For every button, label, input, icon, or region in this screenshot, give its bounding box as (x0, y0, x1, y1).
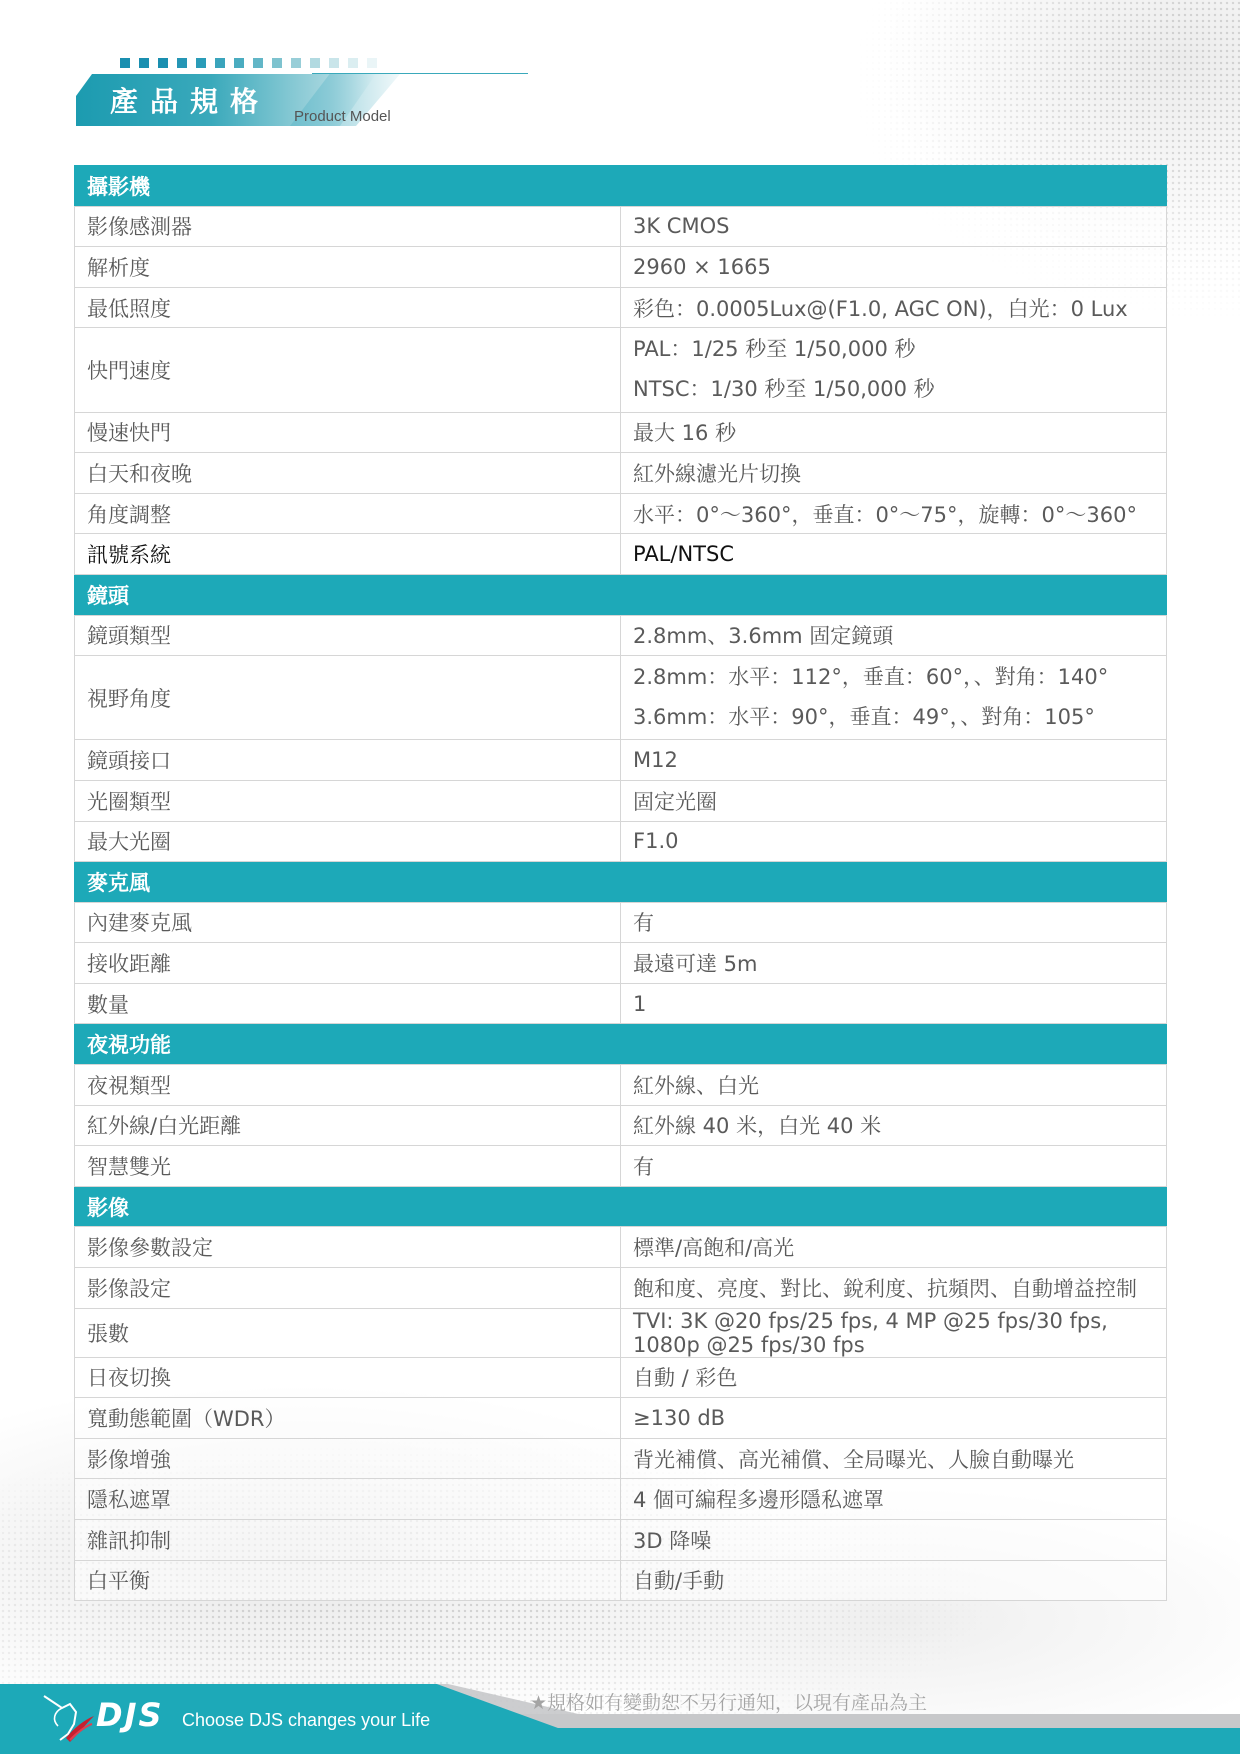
spec-row: 白平衡自動/手動 (75, 1560, 1167, 1601)
spec-row: 影像設定飽和度、亮度、對比、銳利度、抗頻閃、自動增益控制 (75, 1268, 1167, 1309)
spec-value: 紅外線、白光 (621, 1065, 1167, 1106)
decorative-square (215, 58, 225, 68)
decorative-square (291, 58, 301, 68)
spec-label: 白天和夜晚 (75, 453, 621, 494)
spec-label: 寬動態範圍（WDR） (75, 1398, 621, 1439)
decorative-square (234, 58, 244, 68)
spec-label: 隱私遮罩 (75, 1479, 621, 1520)
spec-label: 影像增強 (75, 1438, 621, 1479)
spec-row: 影像增強背光補償、高光補償、全局曝光、人臉自動曝光 (75, 1438, 1167, 1479)
spec-label: 鏡頭類型 (75, 615, 621, 656)
spec-value: 有 (621, 1146, 1167, 1187)
section-header-row: 攝影機 (75, 166, 1167, 207)
spec-row: 內建麥克風有 (75, 902, 1167, 943)
unicorn-icon (40, 1694, 96, 1744)
decorative-square (120, 58, 130, 68)
spec-label: 快門速度 (75, 328, 621, 412)
spec-value: 標準/高飽和/高光 (621, 1227, 1167, 1268)
spec-value-line: 3.6mm：水平：90°，垂直：49°，、對角：105° (633, 698, 1154, 738)
spec-row: 影像參數設定標準/高飽和/高光 (75, 1227, 1167, 1268)
decorative-square (272, 58, 282, 68)
spec-row: 張數TVI: 3K @20 fps/25 fps, 4 MP @25 fps/3… (75, 1308, 1167, 1357)
page-title: 產品規格 (110, 80, 270, 120)
spec-row: 最大光圈F1.0 (75, 821, 1167, 862)
spec-disclaimer: ★規格如有變動恕不另行通知，以現有產品為主 (530, 1688, 927, 1715)
spec-value: 水平：0°～360°，垂直：0°～75°，旋轉：0°～360° (621, 493, 1167, 534)
section-header-row: 麥克風 (75, 862, 1167, 903)
decorative-square (253, 58, 263, 68)
spec-row: 角度調整水平：0°～360°，垂直：0°～75°，旋轉：0°～360° (75, 493, 1167, 534)
spec-value: 2.8mm、3.6mm 固定鏡頭 (621, 615, 1167, 656)
spec-row: 最低照度彩色：0.0005Lux@(F1.0, AGC ON)，白光：0 Lux (75, 287, 1167, 328)
decorative-square (177, 58, 187, 68)
spec-label: 雜訊抑制 (75, 1520, 621, 1561)
spec-label: 解析度 (75, 247, 621, 288)
decorative-square (196, 58, 206, 68)
spec-value-line: NTSC：1/30 秒至 1/50,000 秒 (633, 370, 1154, 410)
spec-row: 視野角度2.8mm：水平：112°，垂直：60°，、對角：140°3.6mm：水… (75, 656, 1167, 740)
spec-label: 接收距離 (75, 943, 621, 984)
spec-label: 影像設定 (75, 1268, 621, 1309)
spec-label: 智慧雙光 (75, 1146, 621, 1187)
spec-row: 鏡頭類型2.8mm、3.6mm 固定鏡頭 (75, 615, 1167, 656)
section-title-banner: 產品規格 Product Model (76, 56, 456, 128)
spec-value-line: 2.8mm：水平：112°，垂直：60°，、對角：140° (633, 658, 1154, 698)
section-header-row: 鏡頭 (75, 574, 1167, 615)
spec-row: 影像感測器3K CMOS (75, 206, 1167, 247)
spec-label: 視野角度 (75, 656, 621, 740)
spec-row: 日夜切換自動 / 彩色 (75, 1357, 1167, 1398)
spec-value: 最遠可達 5m (621, 943, 1167, 984)
spec-value: 飽和度、亮度、對比、銳利度、抗頻閃、自動增益控制 (621, 1268, 1167, 1309)
spec-label: 張數 (75, 1308, 621, 1357)
spec-value: 3K CMOS (621, 206, 1167, 247)
spec-value: 自動 / 彩色 (621, 1357, 1167, 1398)
spec-value: TVI: 3K @20 fps/25 fps, 4 MP @25 fps/30 … (621, 1308, 1167, 1357)
decorative-square (139, 58, 149, 68)
spec-row: 寬動態範圍（WDR）≥130 dB (75, 1398, 1167, 1439)
spec-value: 4 個可編程多邊形隱私遮罩 (621, 1479, 1167, 1520)
spec-value: 固定光圈 (621, 780, 1167, 821)
decorative-square (310, 58, 320, 68)
spec-row: 紅外線/白光距離紅外線 40 米，白光 40 米 (75, 1105, 1167, 1146)
spec-value: 紅外線濾光片切換 (621, 453, 1167, 494)
brand-name: DJS (96, 1696, 164, 1734)
section-title: 鏡頭 (75, 574, 1167, 615)
spec-label: 慢速快門 (75, 412, 621, 453)
spec-label: 影像感測器 (75, 206, 621, 247)
spec-label: 內建麥克風 (75, 902, 621, 943)
section-title: 麥克風 (75, 862, 1167, 903)
spec-value: PAL：1/25 秒至 1/50,000 秒NTSC：1/30 秒至 1/50,… (621, 328, 1167, 412)
spec-row: 雜訊抑制3D 降噪 (75, 1520, 1167, 1561)
spec-value: PAL/NTSC (621, 534, 1167, 575)
spec-row: 解析度2960 × 1665 (75, 247, 1167, 288)
spec-row: 訊號系統PAL/NTSC (75, 534, 1167, 575)
spec-value: 自動/手動 (621, 1560, 1167, 1601)
spec-label: 紅外線/白光距離 (75, 1105, 621, 1146)
spec-value: ≥130 dB (621, 1398, 1167, 1439)
spec-row: 夜視類型紅外線、白光 (75, 1065, 1167, 1106)
section-title: 影像 (75, 1186, 1167, 1227)
decorative-square (158, 58, 168, 68)
spec-label: 光圈類型 (75, 780, 621, 821)
decorative-square (329, 58, 339, 68)
spec-value: 2.8mm：水平：112°，垂直：60°，、對角：140°3.6mm：水平：90… (621, 656, 1167, 740)
spec-label: 鏡頭接口 (75, 740, 621, 781)
spec-value: 3D 降噪 (621, 1520, 1167, 1561)
decorative-squares (120, 58, 377, 68)
section-header-row: 影像 (75, 1186, 1167, 1227)
spec-value: 有 (621, 902, 1167, 943)
decorative-square (367, 58, 377, 68)
spec-row: 接收距離最遠可達 5m (75, 943, 1167, 984)
brand-tagline: Choose DJS changes your Life (182, 1710, 430, 1731)
spec-value: F1.0 (621, 821, 1167, 862)
spec-table: 攝影機影像感測器3K CMOS解析度2960 × 1665最低照度彩色：0.00… (74, 165, 1167, 1601)
decorative-square (348, 58, 358, 68)
spec-label: 夜視類型 (75, 1065, 621, 1106)
spec-row: 光圈類型固定光圈 (75, 780, 1167, 821)
spec-value: 紅外線 40 米，白光 40 米 (621, 1105, 1167, 1146)
spec-label: 日夜切換 (75, 1357, 621, 1398)
spec-value: 彩色：0.0005Lux@(F1.0, AGC ON)，白光：0 Lux (621, 287, 1167, 328)
spec-label: 最大光圈 (75, 821, 621, 862)
spec-label: 角度調整 (75, 493, 621, 534)
spec-value: 2960 × 1665 (621, 247, 1167, 288)
spec-value: 背光補償、高光補償、全局曝光、人臉自動曝光 (621, 1438, 1167, 1479)
title-rule-line (312, 73, 528, 74)
spec-label: 白平衡 (75, 1560, 621, 1601)
spec-row: 慢速快門最大 16 秒 (75, 412, 1167, 453)
spec-value: 1 (621, 983, 1167, 1024)
spec-row: 白天和夜晚紅外線濾光片切換 (75, 453, 1167, 494)
spec-row: 隱私遮罩4 個可編程多邊形隱私遮罩 (75, 1479, 1167, 1520)
page-subtitle: Product Model (294, 108, 391, 125)
section-header-row: 夜視功能 (75, 1024, 1167, 1065)
spec-label: 最低照度 (75, 287, 621, 328)
spec-label: 訊號系統 (75, 534, 621, 575)
spec-row: 智慧雙光有 (75, 1146, 1167, 1187)
spec-value: 最大 16 秒 (621, 412, 1167, 453)
spec-value: M12 (621, 740, 1167, 781)
spec-label: 數量 (75, 983, 621, 1024)
footer: DJS Choose DJS changes your Life ★規格如有變動… (0, 1670, 1240, 1754)
section-title: 夜視功能 (75, 1024, 1167, 1065)
djs-logo: DJS (40, 1694, 170, 1744)
spec-row: 鏡頭接口M12 (75, 740, 1167, 781)
spec-row: 快門速度PAL：1/25 秒至 1/50,000 秒NTSC：1/30 秒至 1… (75, 328, 1167, 412)
spec-label: 影像參數設定 (75, 1227, 621, 1268)
spec-value-line: PAL：1/25 秒至 1/50,000 秒 (633, 330, 1154, 370)
spec-row: 數量1 (75, 983, 1167, 1024)
section-title: 攝影機 (75, 166, 1167, 207)
